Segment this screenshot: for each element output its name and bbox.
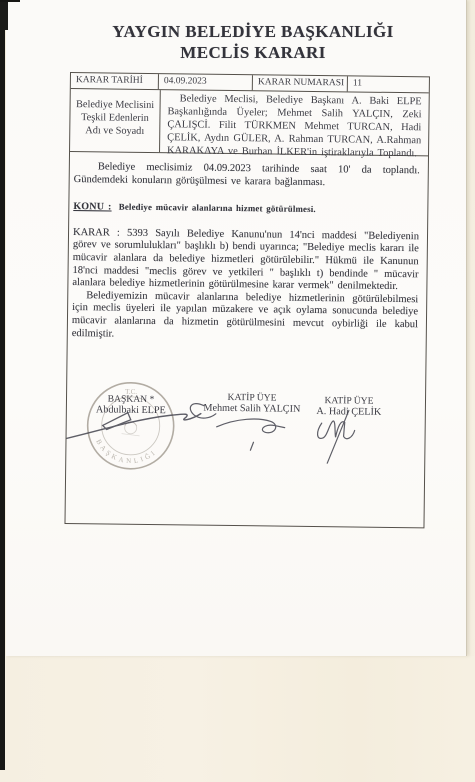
scan-top-artifact [0, 0, 20, 2]
signature-stroke-yalcin [217, 419, 285, 433]
signature-hook-yalcin [190, 404, 216, 419]
signature-diagonal-celik [327, 410, 349, 463]
scan-edge-artifact [0, 0, 5, 770]
scan-corner-artifact [0, 0, 8, 30]
members-row: Belediye Meclisini Teşkil Edenlerin Adı … [70, 89, 429, 156]
decision-table: KARAR TARİHİ 04.09.2023 KARAR NUMARASI 1… [64, 72, 429, 528]
signature-stroke-mayor [65, 412, 200, 442]
signature-loop-mayor [103, 412, 131, 429]
members-header-line: Adı ve Soyadı [70, 124, 159, 138]
title-line-2: MECLİS KARARI [40, 42, 466, 63]
paper-sheet: YAYGIN BELEDİYE BAŞKANLIĞI MECLİS KARARI… [6, 0, 467, 656]
scanner-background [0, 656, 475, 782]
members-header-line: Belediye Meclisini [71, 98, 160, 112]
document-title: YAYGIN BELEDİYE BAŞKANLIĞI MECLİS KARARI [6, 21, 466, 63]
handwritten-signatures [65, 161, 426, 538]
decision-date-label: KARAR TARİHİ [71, 73, 159, 89]
decision-number-value: 11 [348, 76, 429, 92]
scanned-document-page: { "title": { "line1": "YAYGIN BELEDİYE B… [0, 0, 475, 782]
title-line-1: YAYGIN BELEDİYE BAŞKANLIĞI [40, 21, 466, 42]
decision-number-label: KARAR NUMARASI [253, 75, 348, 91]
signature-tick-yalcin [250, 442, 253, 450]
members-header-line: Teşkil Edenlerin [70, 111, 159, 125]
members-header: Belediye Meclisini Teşkil Edenlerin Adı … [70, 89, 161, 152]
decision-body: Belediye meclisimiz 04.09.2023 tarihinde… [65, 161, 428, 538]
decision-date-value: 04.09.2023 [159, 74, 253, 90]
members-list-text: Belediye Meclisi, Belediye Başkanı A. Ba… [160, 90, 429, 155]
signature-stroke-celik [318, 421, 355, 439]
